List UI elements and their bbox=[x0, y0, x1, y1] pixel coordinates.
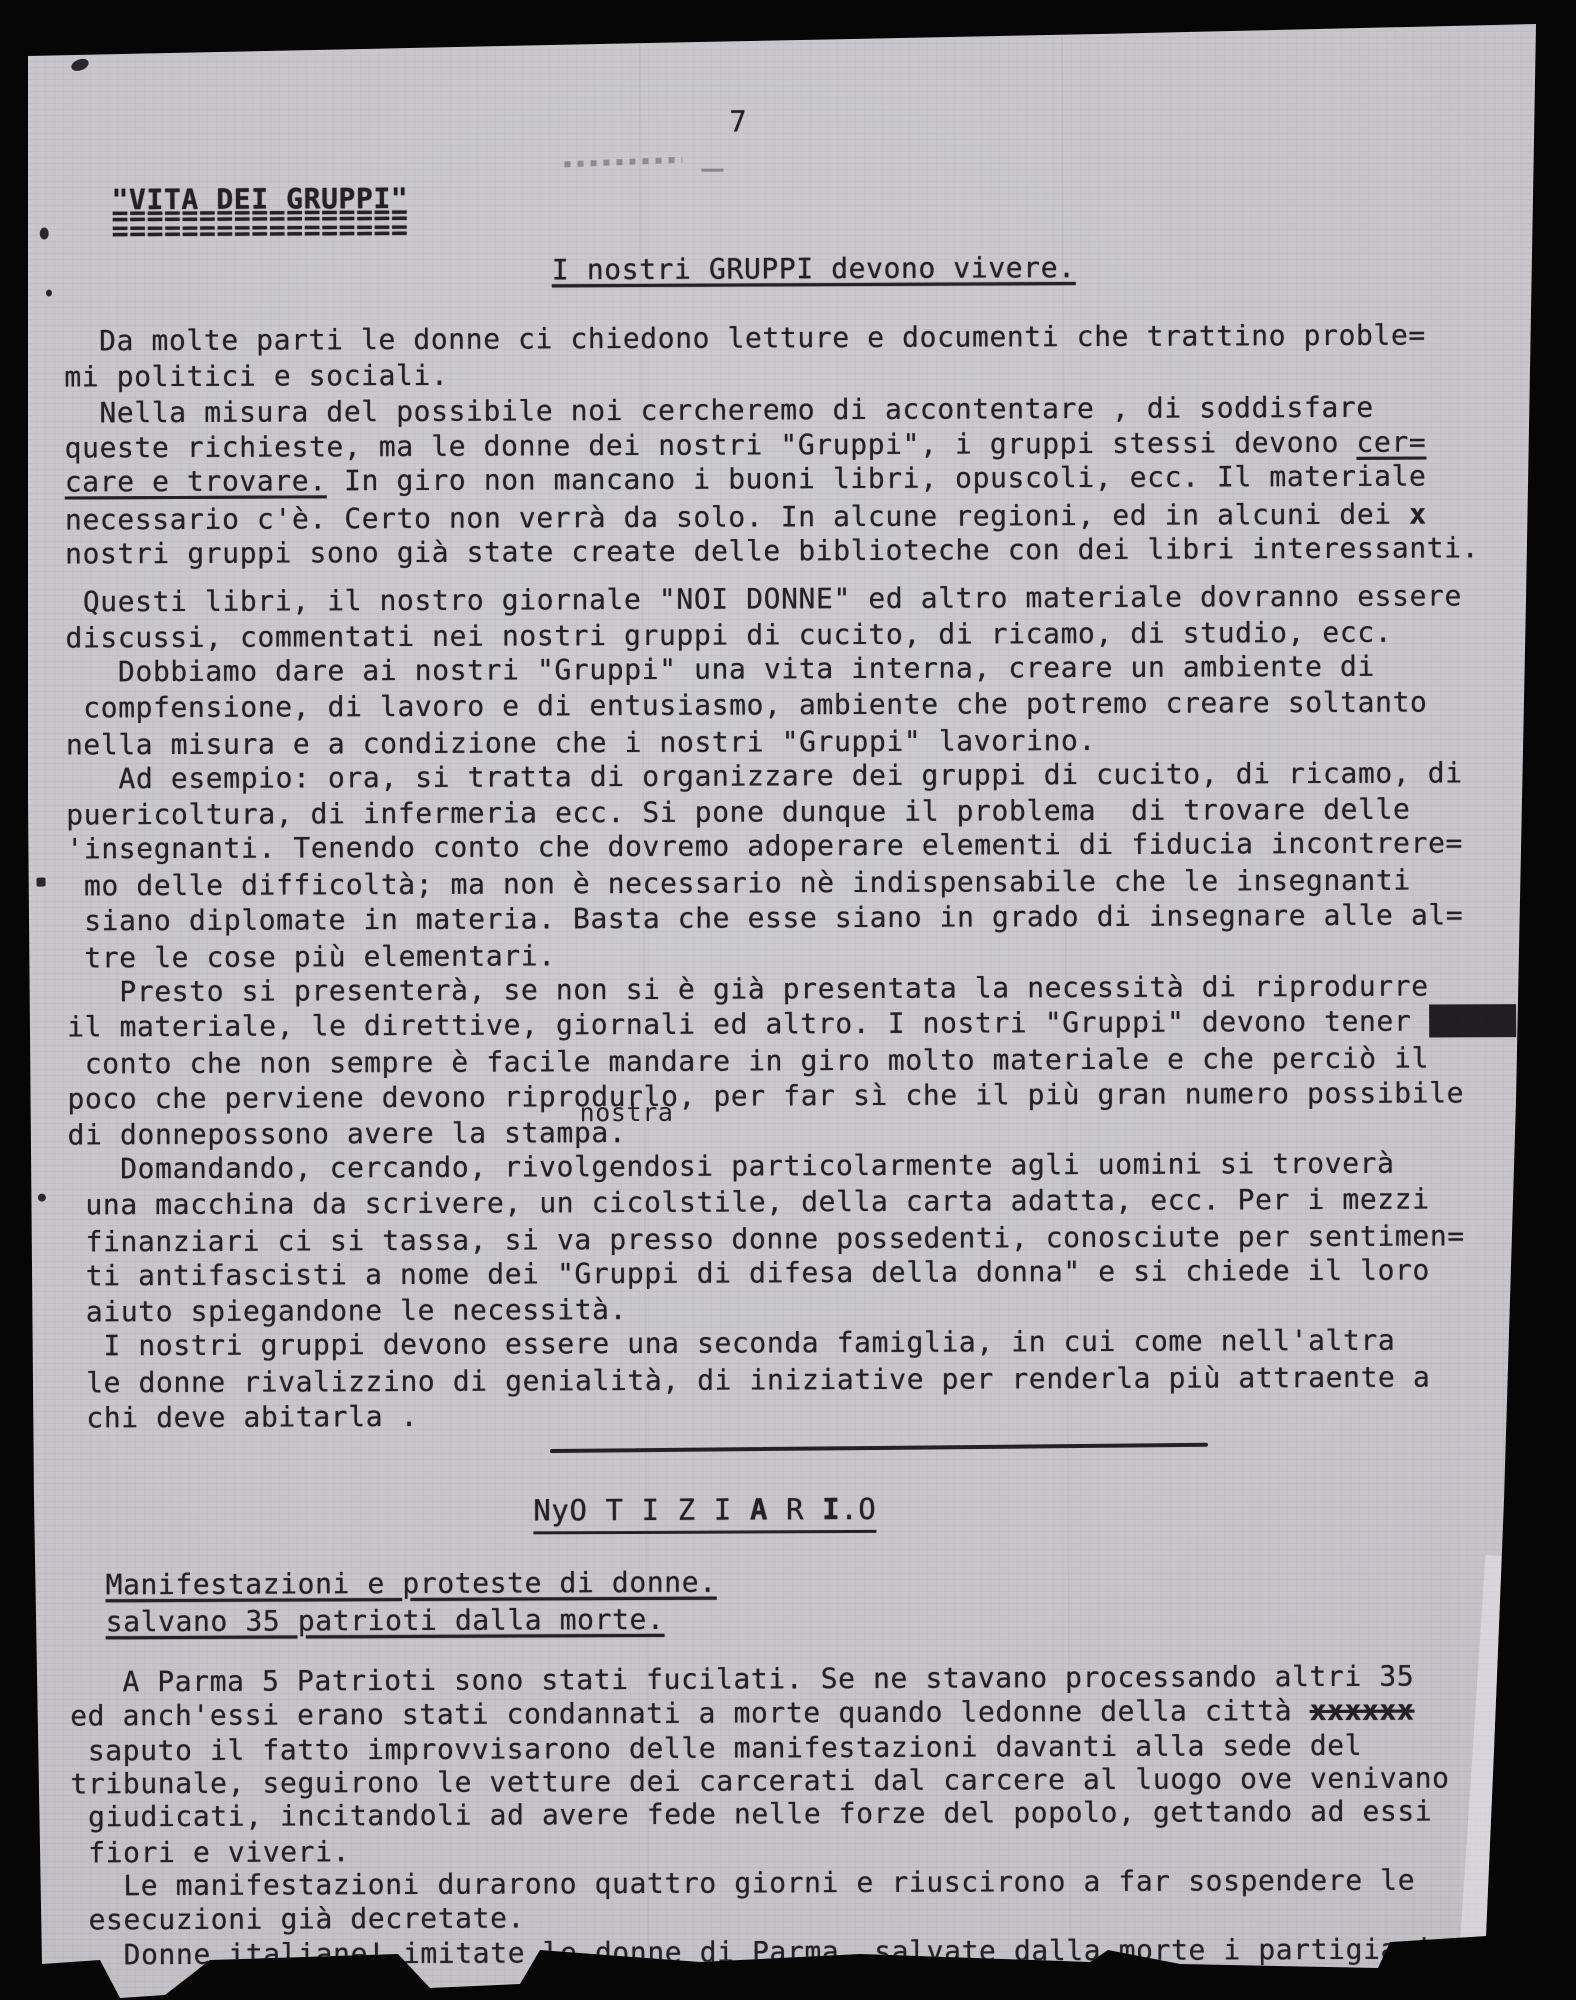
typed-line: Questi libri, il nostro giornale "NOI DO… bbox=[65, 578, 1545, 620]
ink-speck bbox=[38, 1194, 46, 1202]
ink-speck bbox=[70, 57, 91, 74]
ink-smudge bbox=[701, 169, 723, 172]
typed-line: conto che non sempre è facile mandare in… bbox=[67, 1040, 1547, 1082]
typed-line: il materiale, le direttive, giornali ed … bbox=[67, 1003, 1547, 1045]
sheet-content: 7 "VITA DEI GRUPPI" ================= ==… bbox=[0, 0, 1576, 2000]
typed-text-segment: le donne rivalizzino di genialità, di in… bbox=[69, 1360, 1431, 1399]
typed-text-segment: x bbox=[1409, 497, 1427, 530]
typed-text-segment: mi politici e sociali. bbox=[64, 358, 448, 393]
typed-text-segment: mo delle difficoltà; ma non è necessario… bbox=[66, 863, 1410, 902]
typed-text-segment: care e trovare. bbox=[65, 464, 327, 498]
typed-line: Nella misura del possibile noi cercherem… bbox=[64, 389, 1544, 431]
typed-text-segment: Presto si presenterà, se non si è già pr… bbox=[67, 970, 1429, 1009]
typed-text-segment: una macchina da scrivere, un cicolstile,… bbox=[68, 1183, 1430, 1222]
typed-text-segment: cer= bbox=[1356, 425, 1426, 458]
typed-line: nella misura e a condizione che i nostri… bbox=[66, 721, 1546, 763]
section-divider-rule bbox=[550, 1443, 1208, 1453]
ink-speck bbox=[46, 290, 52, 297]
typed-line: finanziari ci si tassa, si va presso don… bbox=[68, 1217, 1548, 1259]
typed-text-segment: xxxxx bbox=[1429, 1004, 1516, 1037]
article-body: Da molte parti le donne ci chiedono lett… bbox=[64, 317, 1549, 1436]
ink-speck bbox=[40, 228, 49, 240]
news-subhead-text: salvano 35 patrioti dalla morte. bbox=[106, 1603, 665, 1638]
notiziario-heading-text: NyO T I Z I A R I.O bbox=[533, 1492, 876, 1534]
typed-text-segment: conto che non sempre è facile mandare in… bbox=[67, 1042, 1429, 1081]
typed-line: Domandando, cercando, rivolgendosi parti… bbox=[68, 1145, 1548, 1187]
typed-line: Donne italiane! imitate le donne di Parm… bbox=[71, 1932, 1551, 1972]
typed-text-segment: Domandando, cercando, rivolgendosi parti… bbox=[68, 1146, 1395, 1185]
typed-text-segment: Donne italiane! imitate le donne di Parm… bbox=[71, 1933, 1433, 1972]
typed-text-segment: queste richieste, ma le donne dei nostri… bbox=[65, 425, 1357, 464]
masthead-underline-row: ================= bbox=[112, 223, 409, 238]
typed-line: chi deve abitarla . bbox=[69, 1394, 1549, 1436]
scanned-document-page: { "page": {"number": "7"}, "masthead": {… bbox=[0, 0, 1576, 2000]
typed-text-segment: Dobbiamo dare ai nostri "Gruppi" una vit… bbox=[66, 649, 1375, 688]
typed-text-segment: finanziari ci si tassa, si va presso don… bbox=[68, 1219, 1465, 1258]
typed-line: fiori e viveri. bbox=[71, 1830, 1551, 1870]
typed-text-segment: siano diplomate in materia. Basta che es… bbox=[67, 898, 1464, 937]
typed-text-segment: R bbox=[768, 1492, 822, 1526]
article-heading-text: I nostri GRUPPI devono vivere. bbox=[552, 251, 1076, 286]
typed-text-segment: nella misura e a condizione che i nostri… bbox=[66, 723, 1096, 760]
typed-text-segment: tre le cose più elementari. bbox=[67, 939, 556, 974]
typed-text-segment: necessario c'è. Certo non verrà da solo.… bbox=[65, 497, 1409, 536]
news-subhead-text: Manifestazioni e proteste di donne. bbox=[106, 1566, 717, 1602]
typed-line: esecuzioni già decretate. bbox=[71, 1897, 1551, 1937]
typed-text-segment: ti antifascisti a nome dei "Gruppi di di… bbox=[68, 1254, 1430, 1293]
typed-text-segment: di donnepossono avere la stampa. bbox=[68, 1116, 627, 1151]
typed-text-segment: aiuto spiegandone le necessità. bbox=[68, 1293, 627, 1328]
paper-sheet: 7 "VITA DEI GRUPPI" ================= ==… bbox=[0, 0, 1576, 2000]
typed-text-segment: Da molte parti le donne ci chiedono lett… bbox=[64, 319, 1426, 358]
ink-smudge bbox=[564, 157, 682, 168]
news-subhead-line: Manifestazioni e proteste di donne. bbox=[106, 1564, 717, 1604]
typed-text-segment: chi deve abitarla . bbox=[69, 1400, 418, 1435]
typed-line: Da molte parti le donne ci chiedono lett… bbox=[64, 317, 1544, 359]
page-number: 7 bbox=[729, 104, 747, 138]
typed-line: saputo il fatto improvvisarono delle man… bbox=[70, 1728, 1550, 1768]
typed-line: 'insegnanti. Tenendo conto che dovremo a… bbox=[66, 825, 1546, 867]
typed-text-segment: In giro non mancano i buoni libri, opusc… bbox=[327, 460, 1427, 498]
typed-text-segment: puericoltura, di infermeria ecc. Si pone… bbox=[66, 792, 1410, 831]
typed-line: compfensione, di lavoro e di entusiasmo,… bbox=[66, 684, 1546, 726]
typed-text-segment: Nella misura del possibile noi cercherem… bbox=[64, 391, 1373, 430]
typed-text-segment: .O bbox=[840, 1492, 876, 1526]
typed-text-segment: I nostri gruppi devono essere una second… bbox=[68, 1324, 1395, 1363]
typed-line: siano diplomate in materia. Basta che es… bbox=[67, 897, 1547, 939]
typed-text-segment: nostri gruppi sono già state create dell… bbox=[65, 531, 1479, 570]
typed-text-segment: saputo il fatto improvvisarono delle man… bbox=[70, 1729, 1362, 1768]
typed-text-segment: Ad esempio: ora, si tratta di organizzar… bbox=[66, 756, 1463, 795]
typed-line: I nostri gruppi devono essere una second… bbox=[68, 1322, 1548, 1364]
typed-line: mi politici e sociali. bbox=[64, 353, 1544, 395]
masthead: "VITA DEI GRUPPI" ================= ====… bbox=[111, 182, 408, 216]
article-heading: I nostri GRUPPI devono vivere. bbox=[552, 251, 1076, 286]
typed-line: tre le cose più elementari. bbox=[67, 934, 1547, 976]
ink-speck bbox=[37, 878, 46, 887]
typed-line: necessario c'è. Certo non verrà da solo.… bbox=[65, 496, 1545, 538]
typed-line: le donne rivalizzino di genialità, di in… bbox=[69, 1358, 1549, 1400]
news-body: A Parma 5 Patrioti sono stati fucilati. … bbox=[70, 1659, 1551, 1971]
typed-text-segment: giudicati, incitandoli ad avere fede nel… bbox=[71, 1795, 1433, 1834]
typed-text-segment: 'insegnanti. Tenendo conto che dovremo a… bbox=[66, 826, 1463, 865]
typed-text-segment: il materiale, le direttive, giornali ed … bbox=[67, 1004, 1429, 1043]
typed-line: una macchina da scrivere, un cicolstile,… bbox=[68, 1181, 1548, 1223]
typed-line: ed anch'essi erano stati condannati a mo… bbox=[70, 1693, 1550, 1733]
typed-text-segment: Questi libri, il nostro giornale "NOI DO… bbox=[65, 579, 1462, 618]
typed-text-segment: poco che perviene devono riprodurlo, per… bbox=[67, 1076, 1464, 1115]
news-subheads: Manifestazioni e proteste di donne. salv… bbox=[106, 1564, 717, 1641]
typed-line: care e trovare. In giro non mancano i bu… bbox=[65, 458, 1545, 500]
typed-text-segment: I bbox=[822, 1492, 840, 1526]
typed-text-segment: esecuzioni già decretate. bbox=[71, 1901, 525, 1936]
typed-line: Dobbiamo dare ai nostri "Gruppi" una vit… bbox=[66, 648, 1546, 690]
typed-text-segment: A bbox=[750, 1492, 768, 1526]
typed-text-segment: NyO T I Z I bbox=[533, 1492, 750, 1527]
typed-line: giudicati, incitandoli ad avere fede nel… bbox=[71, 1794, 1551, 1834]
typed-text-segment: A Parma 5 Patrioti sono stati fucilati. … bbox=[70, 1660, 1414, 1699]
typed-text-segment: fiori e viveri. bbox=[71, 1835, 350, 1869]
news-subhead-line: salvano 35 patrioti dalla morte. bbox=[106, 1601, 717, 1641]
typed-text-segment: xxxxxx bbox=[1310, 1694, 1415, 1727]
typed-text-segment: compfensione, di lavoro e di entusiasmo,… bbox=[66, 686, 1428, 725]
typed-text-segment: ed anch'essi erano stati condannati a mo… bbox=[70, 1694, 1310, 1732]
notiziario-heading: NyO T I Z I A R I.O bbox=[533, 1492, 876, 1534]
